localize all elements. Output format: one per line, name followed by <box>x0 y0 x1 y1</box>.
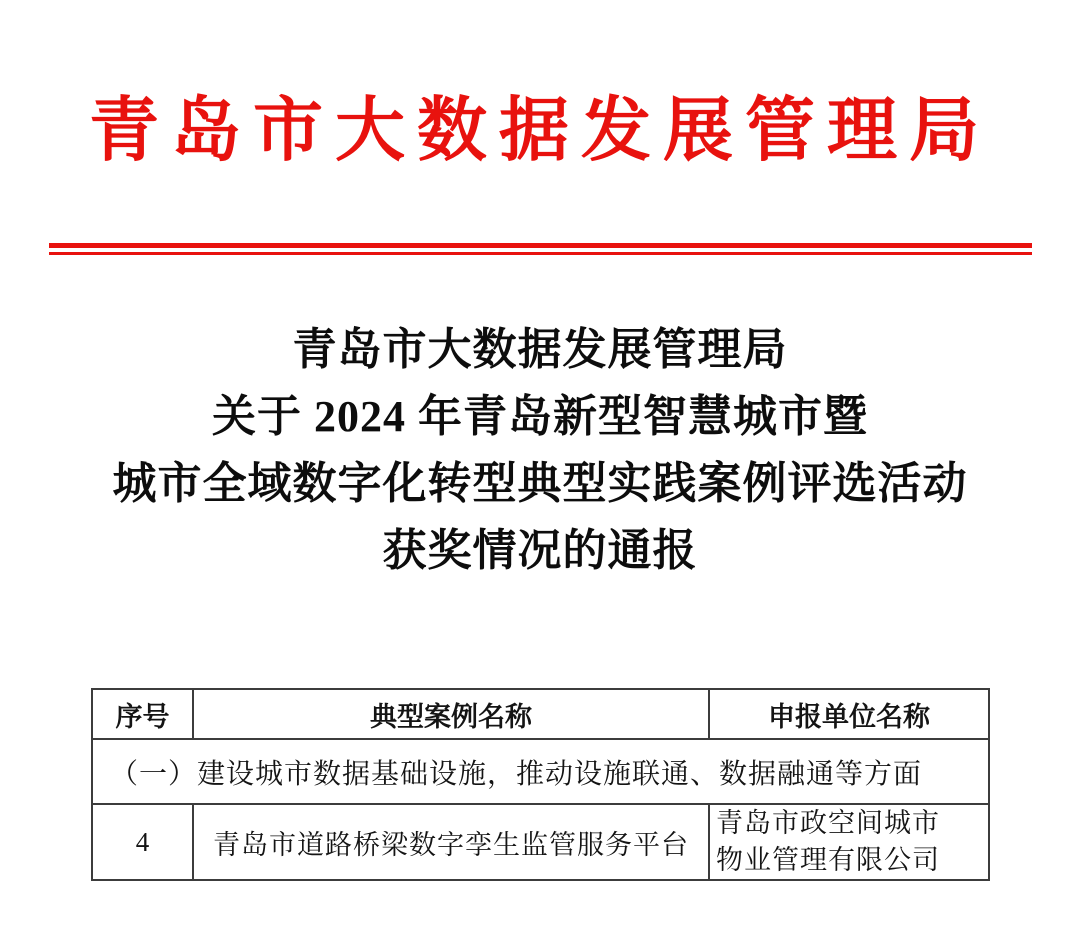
table-row: 4 青岛市道路桥梁数字孪生监管服务平台 青岛市政空间城市物业管理有限公司 <box>92 804 989 880</box>
letterhead-agency-title: 青岛市大数据发展管理局 <box>0 90 1080 174</box>
case-name-cell: 青岛市道路桥梁数字孪生监管服务平台 <box>193 804 709 880</box>
divider-thick-line <box>49 243 1032 248</box>
document-page: 青岛市大数据发展管理局 青岛市大数据发展管理局 关于 2024 年青岛新型智慧城… <box>0 0 1080 942</box>
letterhead-divider <box>49 243 1032 255</box>
document-title: 青岛市大数据发展管理局 关于 2024 年青岛新型智慧城市暨 城市全域数字化转型… <box>0 316 1080 584</box>
document-title-line-2: 关于 2024 年青岛新型智慧城市暨 <box>0 383 1080 450</box>
col-header-org-name: 申报单位名称 <box>709 689 989 739</box>
document-title-line-3: 城市全域数字化转型典型实践案例评选活动 <box>0 450 1080 517</box>
case-number-cell: 4 <box>92 804 193 880</box>
category-row: （一）建设城市数据基础设施，推动设施联通、数据融通等方面 <box>92 739 989 804</box>
org-name-cell: 青岛市政空间城市物业管理有限公司 <box>709 804 989 880</box>
document-title-line-4: 获奖情况的通报 <box>0 517 1080 584</box>
document-title-line-1: 青岛市大数据发展管理局 <box>0 316 1080 383</box>
awards-table: 序号 典型案例名称 申报单位名称 （一）建设城市数据基础设施，推动设施联通、数据… <box>91 688 990 881</box>
divider-thin-line <box>49 252 1032 255</box>
col-header-case-name: 典型案例名称 <box>193 689 709 739</box>
category-row-label: （一）建设城市数据基础设施，推动设施联通、数据融通等方面 <box>92 739 989 804</box>
table-header-row: 序号 典型案例名称 申报单位名称 <box>92 689 989 739</box>
col-header-index: 序号 <box>92 689 193 739</box>
